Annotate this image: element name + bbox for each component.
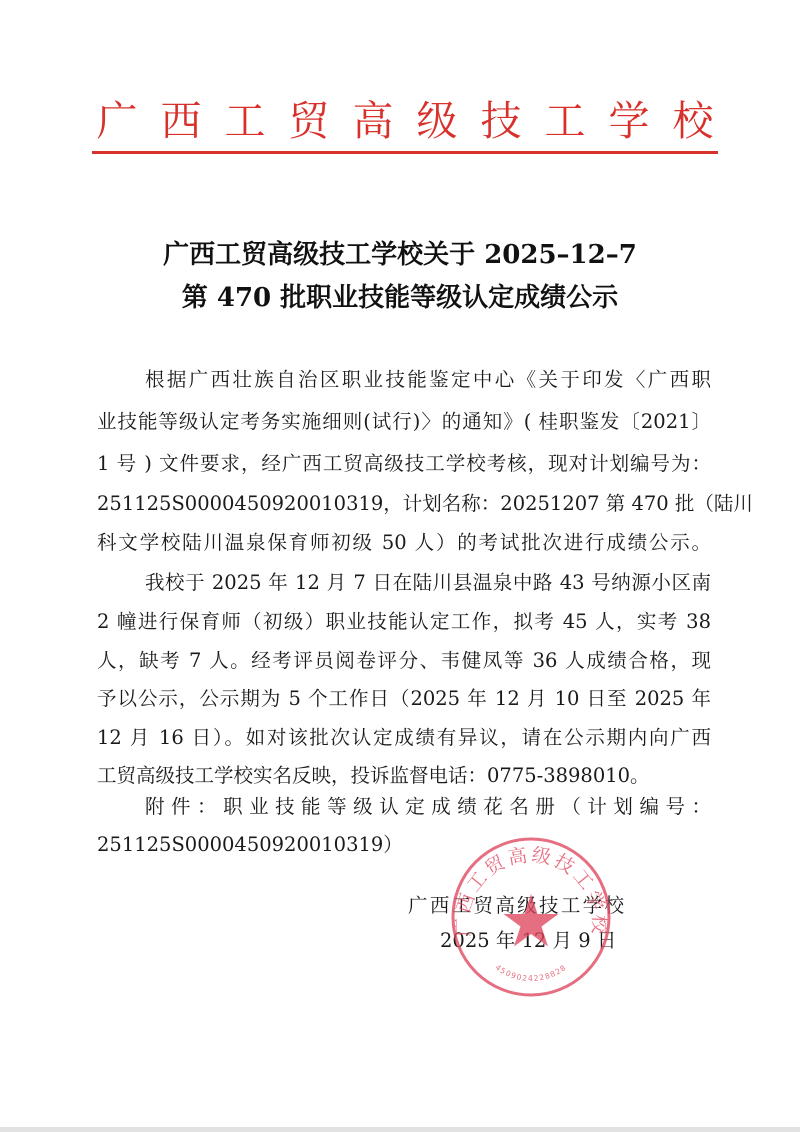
scan-edge xyxy=(0,1127,800,1132)
letterhead-char: 校 xyxy=(668,96,718,146)
letterhead-char: 学 xyxy=(604,96,654,146)
body-line: 12 月 16 日）。如对该批次认定成绩有异议，请在公示期内向广西 xyxy=(97,722,711,754)
document-page: 广 西 工 贸 高 级 技 工 学 校 广西工贸高级技工学校关于 2025–12… xyxy=(0,0,800,1132)
letterhead-char: 贸 xyxy=(284,96,334,146)
body-line: 人，缺考 7 人。经考评员阅卷评分、韦健凤等 36 人成绩合格，现 xyxy=(97,645,711,677)
body-line: 2 幢进行保育师（初级）职业技能认定工作，拟考 45 人，实考 38 xyxy=(97,606,711,638)
letterhead-char: 高 xyxy=(348,96,398,146)
letterhead-school-name: 广 西 工 贸 高 级 技 工 学 校 xyxy=(92,96,718,146)
document-title-line-1: 广西工贸高级技工学校关于 2025–12–7 xyxy=(0,238,800,272)
letterhead-char: 广 xyxy=(92,96,142,146)
body-line: 科文学校陆川温泉保育师初级 50 人）的考试批次进行成绩公示。 xyxy=(97,527,711,559)
attachment-line-1: 附件：职业技能等级认定成绩花名册（计划编号： xyxy=(145,791,711,823)
signature-organization: 广西工贸高级技工学校 xyxy=(408,893,624,919)
letterhead-char: 工 xyxy=(540,96,590,146)
body-line: 根据广西壮族自治区职业技能鉴定中心《关于印发〈广西职 xyxy=(145,364,711,396)
body-line: 工贸高级技工学校实名反映，投诉监督电话：0775-3898010。 xyxy=(97,760,711,792)
body-line: 予以公示，公示期为 5 个工作日（2025 年 12 月 10 日至 2025 … xyxy=(97,683,711,715)
document-title-line-2: 第 470 批职业技能等级认定成绩公示 xyxy=(0,281,800,315)
body-line: 1 号 ) 文件要求，经广西工贸高级技工学校考核，现对计划编号为： xyxy=(97,448,711,480)
letterhead-char: 工 xyxy=(220,96,270,146)
body-line: 业技能等级认定考务实施细则(试行)〉的通知》( 桂职鉴发〔2021〕 xyxy=(97,406,711,438)
svg-text:4509024228828: 4509024228828 xyxy=(494,963,569,983)
attachment-line-2: 251125S0000450920010319） xyxy=(97,829,711,861)
letterhead-char: 西 xyxy=(156,96,206,146)
body-line: 我校于 2025 年 12 月 7 日在陆川县温泉中路 43 号纳源小区南 xyxy=(145,567,711,599)
signature-date: 2025 年 12 月 9 日 xyxy=(440,928,604,954)
letterhead-char: 技 xyxy=(476,96,526,146)
letterhead-char: 级 xyxy=(412,96,462,146)
body-line: 251125S0000450920010319，计划名称：20251207 第 … xyxy=(97,488,711,520)
letterhead-divider xyxy=(92,151,718,154)
